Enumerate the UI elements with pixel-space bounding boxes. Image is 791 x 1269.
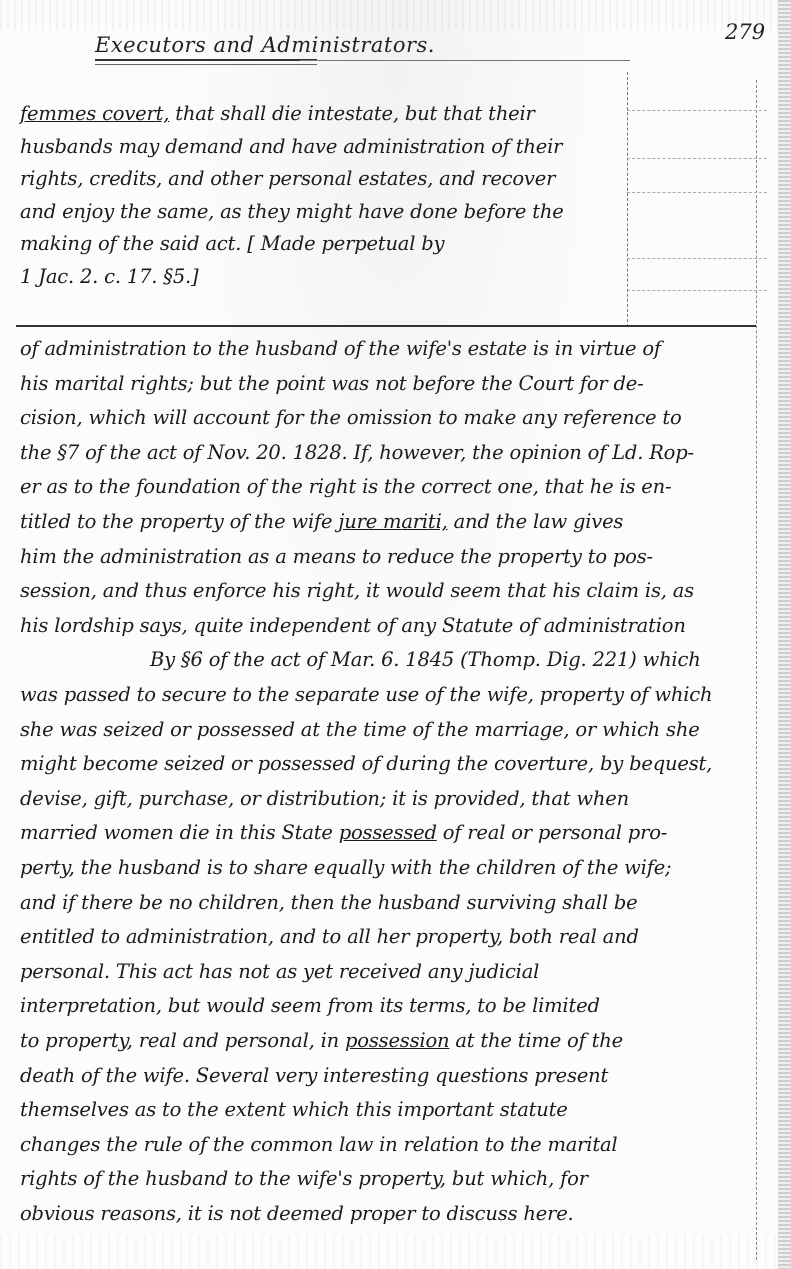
manuscript-line: to property, real and personal, in posse… [20, 1031, 623, 1051]
line-text: death of the wife. Several very interest… [20, 1064, 608, 1087]
line-text: rights of the husband to the wife's prop… [20, 1167, 588, 1190]
line-text: devise, gift, purchase, or distribution;… [20, 787, 629, 810]
line-text: cision, which will account for the omiss… [20, 406, 682, 429]
line-text: rights, credits, and other personal esta… [20, 167, 555, 190]
manuscript-line: death of the wife. Several very interest… [20, 1066, 608, 1086]
manuscript-line: femmes covert, that shall die intestate,… [20, 104, 535, 124]
heading-underline [95, 59, 317, 65]
scan-noise-top [0, 0, 791, 30]
line-text: she was seized or possessed at the time … [20, 718, 700, 741]
line-text: session, and thus enforce his right, it … [20, 579, 694, 602]
manuscript-line: changes the rule of the common law in re… [20, 1135, 617, 1155]
line-text: perty, the husband is to share equally w… [20, 856, 671, 879]
manuscript-line: his marital rights; but the point was no… [20, 374, 644, 394]
manuscript-line: obvious reasons, it is not deemed proper… [20, 1204, 574, 1224]
page-heading: Executors and Administrators. [95, 33, 435, 57]
scan-noise-bottom [0, 1235, 791, 1269]
page-edge [778, 0, 791, 1269]
manuscript-line: the §7 of the act of Nov. 20. 1828. If, … [20, 443, 694, 463]
manuscript-line: interpretation, but would seem from its … [20, 996, 600, 1016]
manuscript-line: married women die in this State possesse… [20, 823, 667, 843]
manuscript-line: making of the said act. [ Made perpetual… [20, 234, 444, 254]
manuscript-line: might become seized or possessed of duri… [20, 754, 712, 774]
line-text: and the law gives [448, 510, 624, 533]
line-text: obvious reasons, it is not deemed proper… [20, 1202, 574, 1225]
manuscript-line: By §6 of the act of Mar. 6. 1845 (Thomp.… [20, 650, 701, 670]
line-text: the §7 of the act of Nov. 20. 1828. If, … [20, 441, 694, 464]
manuscript-line: rights, credits, and other personal esta… [20, 169, 555, 189]
line-text: interpretation, but would seem from its … [20, 994, 600, 1017]
manuscript-line: entitled to administration, and to all h… [20, 927, 639, 947]
manuscript-line: and if there be no children, then the hu… [20, 893, 638, 913]
line-text: his marital rights; but the point was no… [20, 372, 644, 395]
manuscript-line: was passed to secure to the separate use… [20, 685, 712, 705]
manuscript-line: of administration to the husband of the … [20, 339, 661, 359]
line-text: of administration to the husband of the … [20, 337, 661, 360]
line-text: and if there be no children, then the hu… [20, 891, 638, 914]
manuscript-line: perty, the husband is to share equally w… [20, 858, 671, 878]
line-text: him the administration as a means to red… [20, 545, 653, 568]
manuscript-line: his lordship says, quite independent of … [20, 616, 686, 636]
line-text: entitled to administration, and to all h… [20, 925, 639, 948]
line-text: titled to the property of the wife [20, 510, 338, 533]
line-text: his lordship says, quite independent of … [20, 614, 686, 637]
margin-ruling [627, 110, 767, 111]
line-text: husbands may demand and have administrat… [20, 135, 562, 158]
margin-column-rule-outer [756, 80, 757, 1260]
line-text: and enjoy the same, as they might have d… [20, 200, 564, 223]
margin-ruling [627, 192, 767, 193]
manuscript-line: titled to the property of the wife jure … [20, 512, 623, 532]
line-text: married women die in this State [20, 821, 339, 844]
line-text: making of the said act. [ Made perpetual… [20, 232, 444, 255]
manuscript-line: session, and thus enforce his right, it … [20, 581, 694, 601]
manuscript-line: personal. This act has not as yet receiv… [20, 962, 539, 982]
section-divider [16, 325, 756, 327]
margin-ruling [627, 158, 767, 159]
manuscript-page: Executors and Administrators. 279 femmes… [0, 0, 791, 1269]
underlined-text: jure mariti, [338, 510, 447, 533]
manuscript-line: cision, which will account for the omiss… [20, 408, 682, 428]
manuscript-line: 1 Jac. 2. c. 17. §5.] [20, 267, 198, 287]
manuscript-line: themselves as to the extent which this i… [20, 1100, 568, 1120]
margin-ruling [627, 290, 767, 291]
underlined-text: femmes covert, [20, 102, 169, 125]
line-text: of real or personal pro- [437, 821, 667, 844]
line-text: that shall die intestate, but that their [169, 102, 534, 125]
line-text: was passed to secure to the separate use… [20, 683, 712, 706]
line-text: might become seized or possessed of duri… [20, 752, 712, 775]
line-text: By §6 of the act of Mar. 6. 1845 (Thomp.… [150, 648, 701, 671]
manuscript-line: husbands may demand and have administrat… [20, 137, 562, 157]
page-number: 279 [725, 20, 765, 44]
line-text: changes the rule of the common law in re… [20, 1133, 617, 1156]
manuscript-line: devise, gift, purchase, or distribution;… [20, 789, 629, 809]
underlined-text: possession [345, 1029, 449, 1052]
line-text: er as to the foundation of the right is … [20, 475, 671, 498]
manuscript-line: er as to the foundation of the right is … [20, 477, 671, 497]
manuscript-line: rights of the husband to the wife's prop… [20, 1169, 588, 1189]
underlined-text: possessed [339, 821, 437, 844]
heading-rule [300, 60, 630, 61]
manuscript-line: him the administration as a means to red… [20, 547, 653, 567]
line-text: to property, real and personal, in [20, 1029, 345, 1052]
manuscript-line: and enjoy the same, as they might have d… [20, 202, 564, 222]
line-text: personal. This act has not as yet receiv… [20, 960, 539, 983]
margin-ruling [627, 258, 767, 259]
line-text: themselves as to the extent which this i… [20, 1098, 568, 1121]
line-text: 1 Jac. 2. c. 17. §5.] [20, 265, 198, 288]
line-text: at the time of the [449, 1029, 623, 1052]
manuscript-line: she was seized or possessed at the time … [20, 720, 700, 740]
